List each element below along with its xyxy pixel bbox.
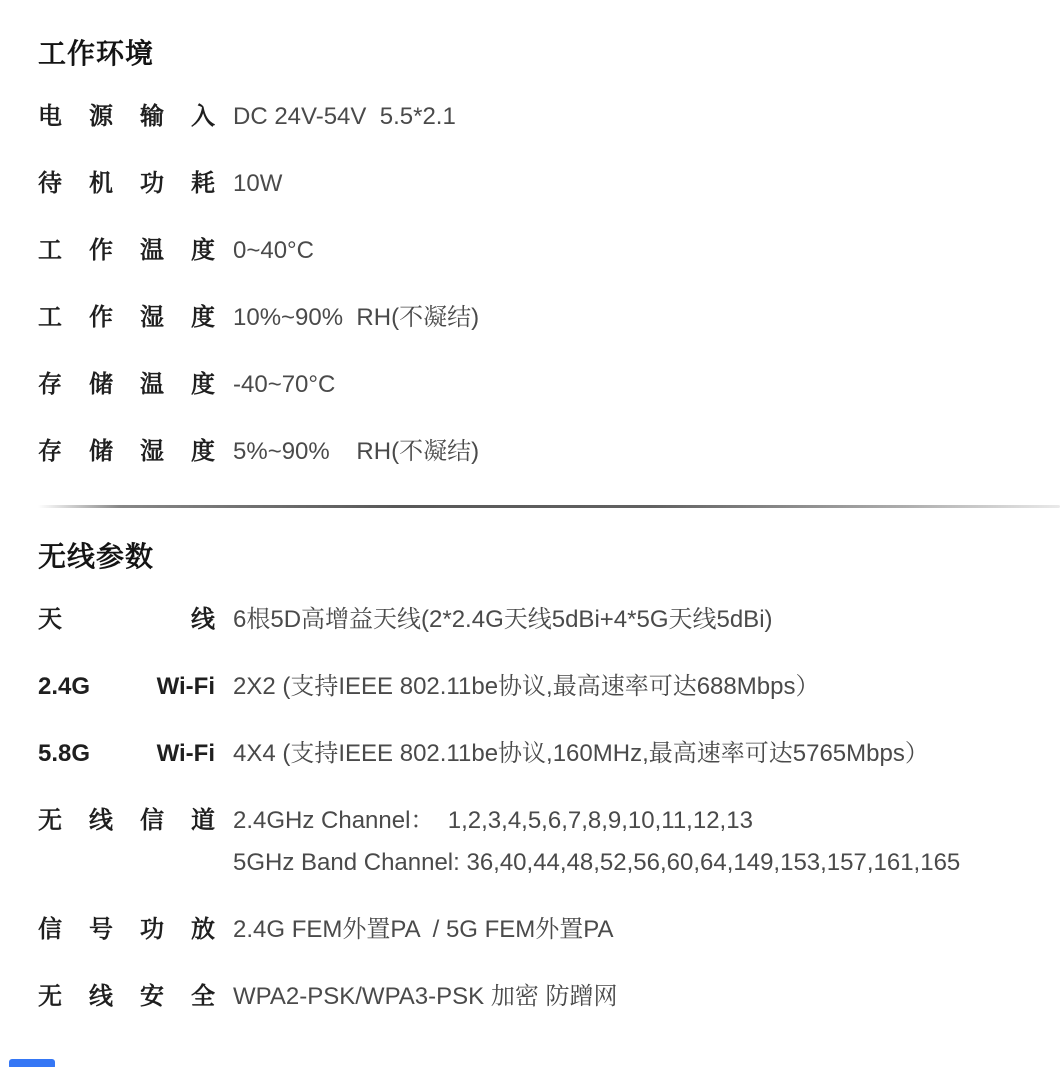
spec-row: 信号功放 2.4G FEM外置PA / 5G FEM外置PA: [38, 909, 1022, 951]
spec-value: 2.4G FEM外置PA / 5G FEM外置PA: [233, 909, 614, 951]
spec-label-segment: 信: [38, 909, 62, 951]
spec-row: 无线安全 WPA2-PSK/WPA3-PSK 加密 防蹭网: [38, 976, 1022, 1018]
spec-label-segment: 作: [89, 230, 113, 272]
spec-row: 存储温度 -40~70°C: [38, 364, 1022, 406]
spec-label-segment: 机: [89, 163, 113, 205]
spec-label: 存储温度: [38, 364, 215, 406]
spec-label-segment: 功: [140, 909, 164, 951]
spec-value: WPA2-PSK/WPA3-PSK 加密 防蹭网: [233, 976, 618, 1018]
section-divider: [38, 505, 1060, 508]
spec-label: 2.4GWi-Fi: [38, 666, 215, 708]
spec-label: 天线: [38, 599, 215, 641]
spec-value: 10%~90% RH(不凝结): [233, 297, 479, 339]
spec-label-segment: Wi-Fi: [157, 666, 215, 708]
spec-row: 存储湿度 5%~90% RH(不凝结): [38, 431, 1022, 473]
spec-label-segment: 存: [38, 431, 62, 473]
spec-label-segment: 电: [38, 96, 62, 138]
spec-label: 工作湿度: [38, 297, 215, 339]
spec-label: 信号功放: [38, 909, 215, 951]
spec-value: 2X2 (支持IEEE 802.11be协议,最高速率可达688Mbps）: [233, 666, 819, 708]
spec-row: 待机功耗 10W: [38, 163, 1022, 205]
spec-label-segment: 存: [38, 364, 62, 406]
spec-row: 电源输入 DC 24V-54V 5.5*2.1: [38, 96, 1022, 138]
spec-label: 无线安全: [38, 976, 215, 1018]
spec-value: 2.4GHz Channel： 1,2,3,4,5,6,7,8,9,10,11,…: [233, 800, 960, 884]
spec-row: 无线信道 2.4GHz Channel： 1,2,3,4,5,6,7,8,9,1…: [38, 800, 1022, 884]
spec-label-segment: 温: [140, 364, 164, 406]
spec-label-segment: 2.4G: [38, 666, 90, 708]
spec-label: 无线信道: [38, 800, 215, 842]
spec-page: 工作环境 电源输入 DC 24V-54V 5.5*2.1 待机功耗 10W 工作…: [0, 0, 1060, 1018]
spec-label: 工作温度: [38, 230, 215, 272]
spec-label-segment: 号: [89, 909, 113, 951]
spec-label-segment: 信: [140, 800, 164, 842]
spec-section: 工作环境 电源输入 DC 24V-54V 5.5*2.1 待机功耗 10W 工作…: [38, 38, 1022, 473]
spec-row: 5.8GWi-Fi 4X4 (支持IEEE 802.11be协议,160MHz,…: [38, 733, 1022, 775]
spec-rows: 天线 6根5D高增益天线(2*2.4G天线5dBi+4*5G天线5dBi) 2.…: [38, 599, 1022, 1018]
spec-label-segment: 线: [89, 976, 113, 1018]
spec-label-segment: 工: [38, 297, 62, 339]
spec-label-segment: 待: [38, 163, 62, 205]
spec-label-segment: 道: [191, 800, 215, 842]
spec-section: 无线参数 天线 6根5D高增益天线(2*2.4G天线5dBi+4*5G天线5dB…: [38, 541, 1022, 1018]
spec-rows: 电源输入 DC 24V-54V 5.5*2.1 待机功耗 10W 工作温度 0~…: [38, 96, 1022, 473]
spec-value: 4X4 (支持IEEE 802.11be协议,160MHz,最高速率可达5765…: [233, 733, 929, 775]
spec-label-segment: 无: [38, 800, 62, 842]
spec-label-segment: 源: [89, 96, 113, 138]
spec-label-segment: 湿: [140, 297, 164, 339]
spec-value: 0~40°C: [233, 230, 314, 272]
spec-label: 待机功耗: [38, 163, 215, 205]
spec-label-segment: 温: [140, 230, 164, 272]
spec-row: 工作温度 0~40°C: [38, 230, 1022, 272]
spec-label-segment: 无: [38, 976, 62, 1018]
spec-value: 10W: [233, 163, 282, 205]
spec-label-segment: 度: [191, 431, 215, 473]
spec-label-segment: 入: [191, 96, 215, 138]
spec-label: 电源输入: [38, 96, 215, 138]
spec-label-segment: 储: [89, 431, 113, 473]
spec-label-segment: 放: [191, 909, 215, 951]
spec-label-segment: 全: [191, 976, 215, 1018]
spec-label-segment: 安: [140, 976, 164, 1018]
spec-label-segment: 储: [89, 364, 113, 406]
spec-label-segment: 线: [89, 800, 113, 842]
spec-label-segment: 工: [38, 230, 62, 272]
spec-label-segment: 线: [191, 599, 215, 641]
spec-label-segment: 作: [89, 297, 113, 339]
section-title: 无线参数: [38, 541, 1022, 572]
spec-value: 6根5D高增益天线(2*2.4G天线5dBi+4*5G天线5dBi): [233, 599, 773, 641]
spec-value: -40~70°C: [233, 364, 335, 406]
bottom-accent-bar: [9, 1059, 55, 1067]
spec-label: 存储湿度: [38, 431, 215, 473]
spec-label-segment: 功: [140, 163, 164, 205]
section-title: 工作环境: [38, 38, 1022, 69]
spec-label-segment: 度: [191, 364, 215, 406]
spec-label-segment: 天: [38, 599, 62, 641]
spec-row: 2.4GWi-Fi 2X2 (支持IEEE 802.11be协议,最高速率可达6…: [38, 666, 1022, 708]
spec-row: 工作湿度 10%~90% RH(不凝结): [38, 297, 1022, 339]
spec-label-segment: Wi-Fi: [157, 733, 215, 775]
spec-label-segment: 度: [191, 297, 215, 339]
spec-label-segment: 5.8G: [38, 733, 90, 775]
spec-label-segment: 湿: [140, 431, 164, 473]
spec-row: 天线 6根5D高增益天线(2*2.4G天线5dBi+4*5G天线5dBi): [38, 599, 1022, 641]
spec-value: DC 24V-54V 5.5*2.1: [233, 96, 456, 138]
spec-value: 5%~90% RH(不凝结): [233, 431, 479, 473]
spec-label: 5.8GWi-Fi: [38, 733, 215, 775]
spec-label-segment: 输: [140, 96, 164, 138]
spec-label-segment: 耗: [191, 163, 215, 205]
spec-label-segment: 度: [191, 230, 215, 272]
